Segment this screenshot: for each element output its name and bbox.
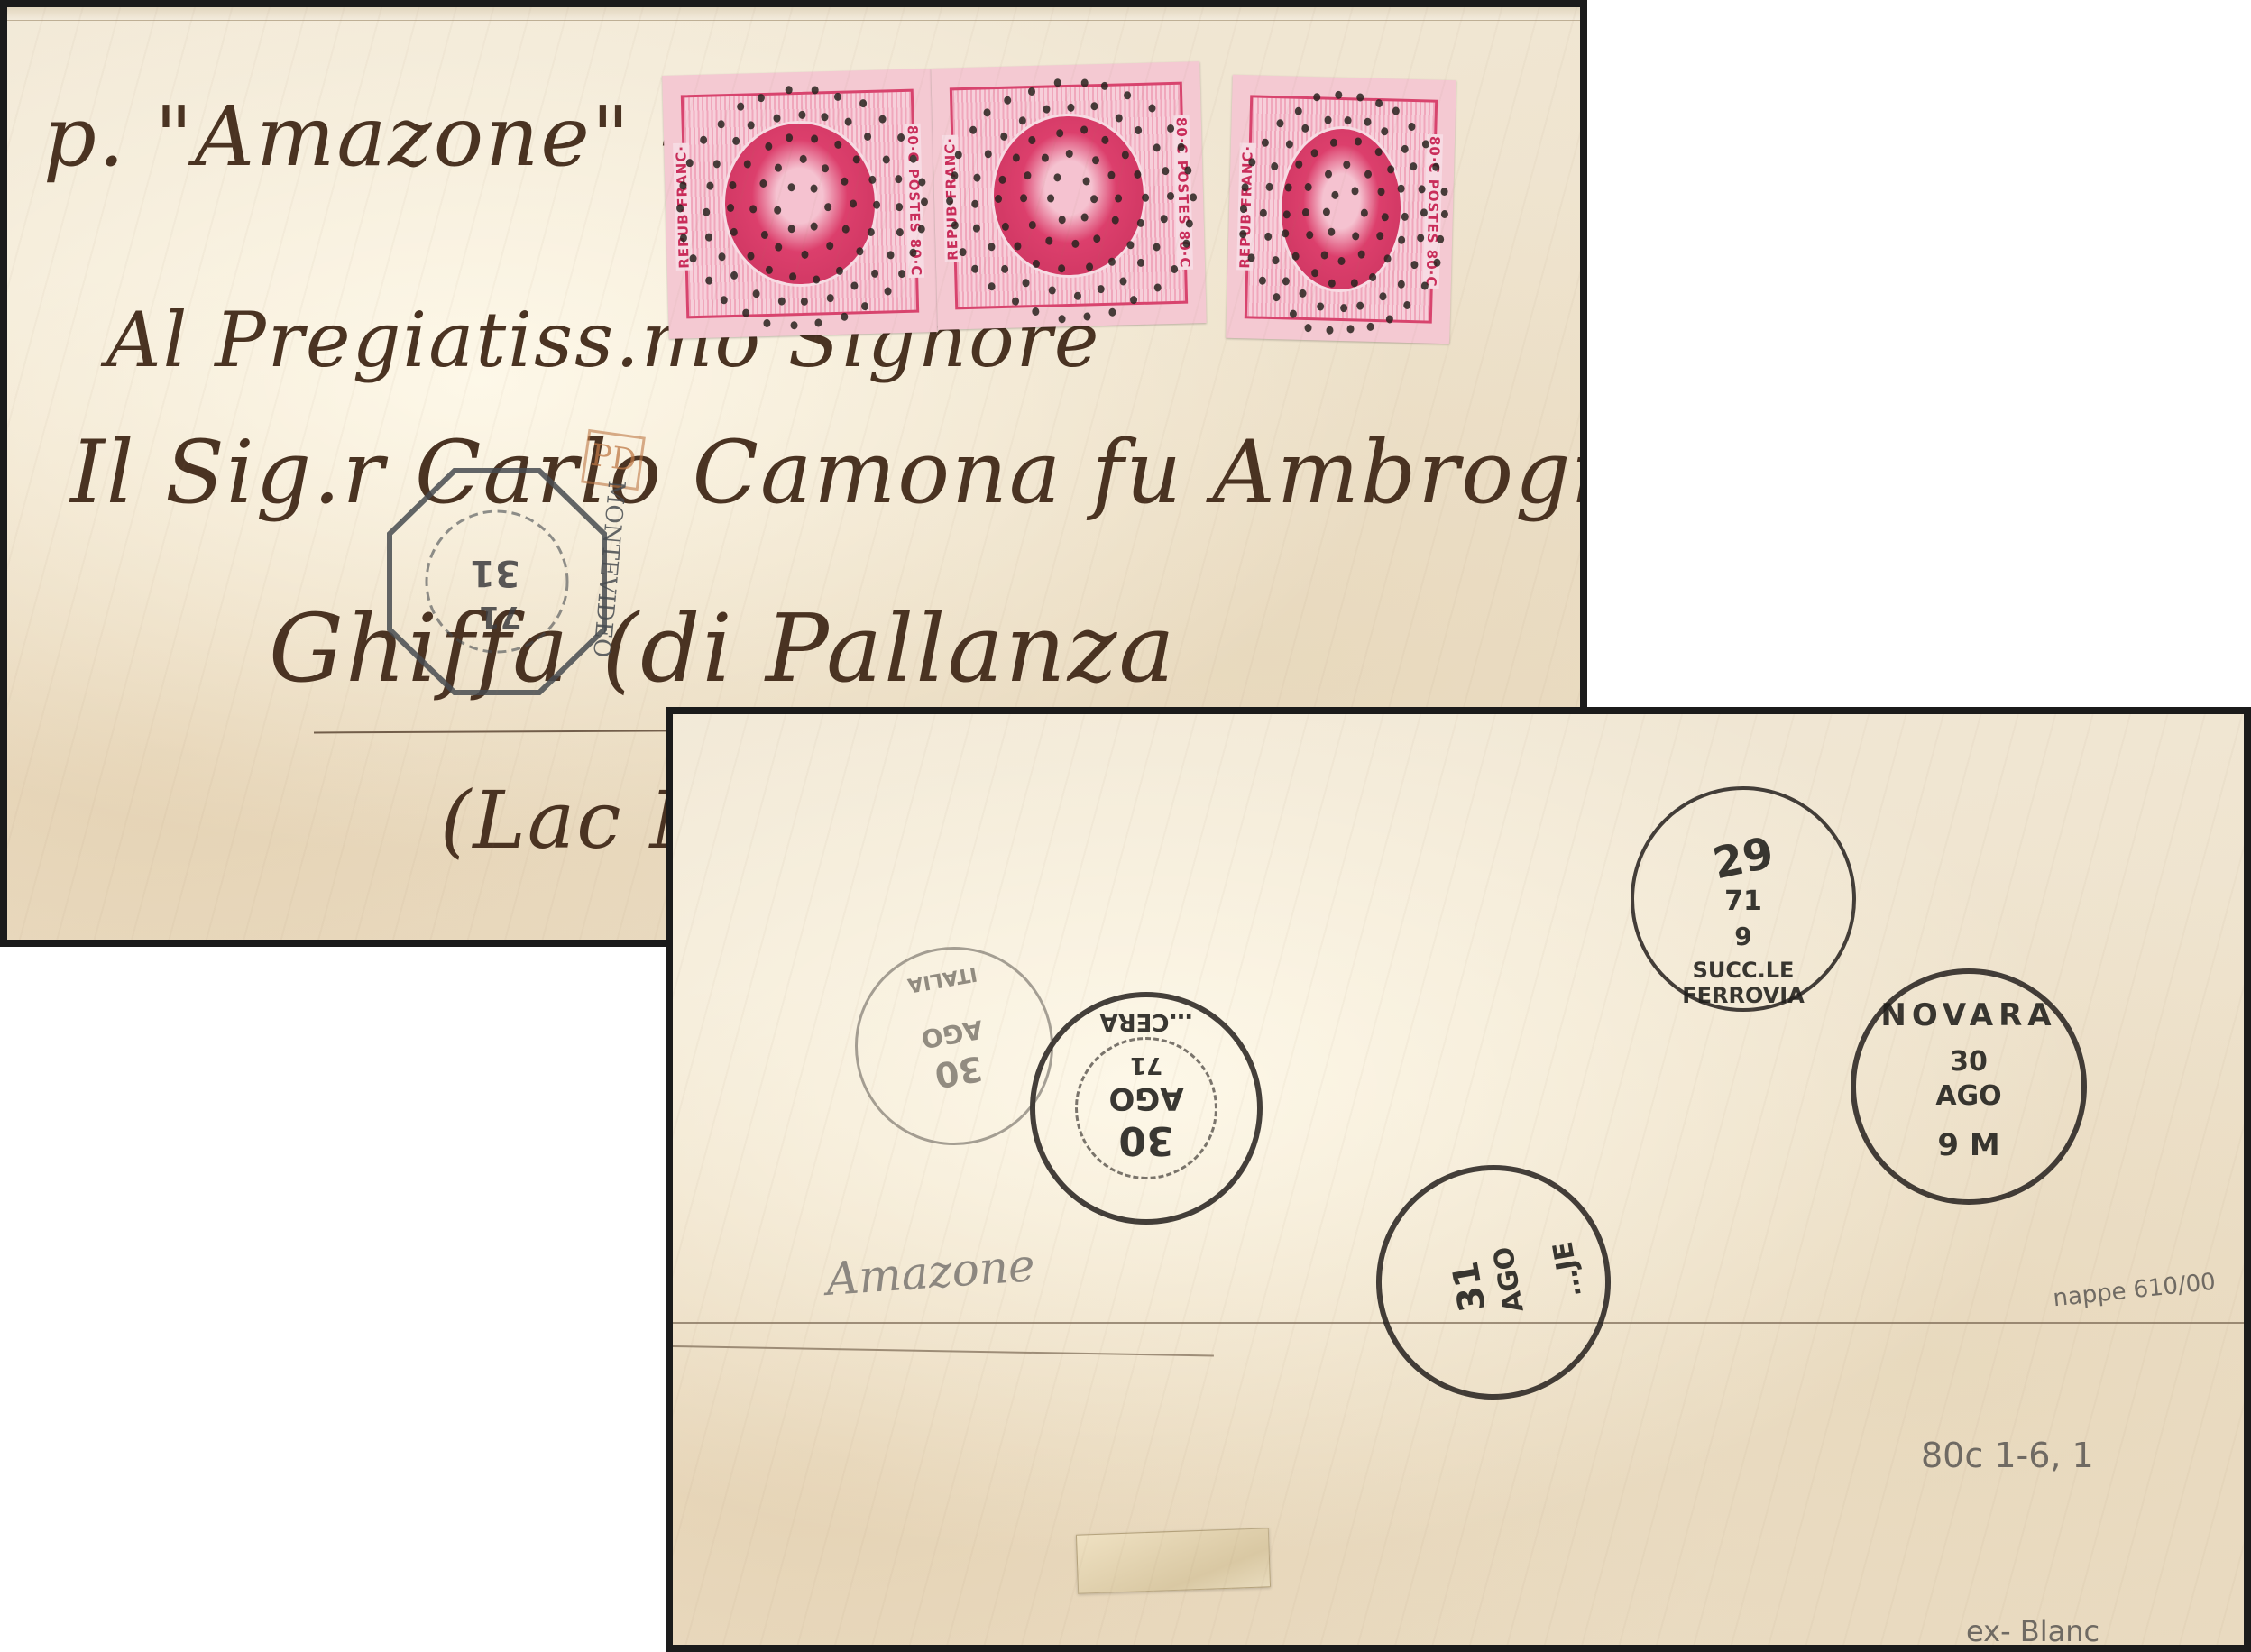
cover-back-paper: 29 71 9 SUCC.LE FERROVIA NOVARA 30 AGO 9… xyxy=(673,714,2244,1645)
top-fold-edge xyxy=(7,7,1580,21)
octagonal-postmark-year: 71 xyxy=(479,599,521,635)
postmark-ferrovia: 29 71 9 SUCC.LE FERROVIA xyxy=(1631,786,1856,1012)
pencil-note-provenance: ex- Blanc xyxy=(1966,1614,2099,1645)
cover-back: 29 71 9 SUCC.LE FERROVIA NOVARA 30 AGO 9… xyxy=(666,707,2251,1652)
stamp-pair-left: REPUB·FRANC· 80·C POSTES 80·C xyxy=(662,69,938,339)
stamp-single: REPUB·FRANC· 80·C POSTES 80·C xyxy=(1226,75,1456,344)
address-line-2: Il Sig.r Carlo Camona fu Ambrogio xyxy=(70,422,1580,523)
pencil-note-rate: 80c 1-6, 1 xyxy=(1921,1436,2094,1475)
routing-note: p. "Amazone" – xyxy=(43,88,703,185)
octagonal-postmark: MONTEVIDEO 31 71 xyxy=(384,465,610,698)
dot-cancel xyxy=(931,61,1206,330)
dot-cancel xyxy=(662,69,938,339)
octagonal-postmark-day: 31 xyxy=(470,552,520,593)
postmark-novara: NOVARA 30 AGO 9 M xyxy=(1851,968,2087,1205)
pencil-note-amazone: Amazone xyxy=(824,1239,1036,1306)
flap-edge-line xyxy=(673,1345,1214,1356)
postmark-partial: 31 AGO …JE xyxy=(1357,1146,1629,1418)
postmark-arona: 30 AGO 71 …CERA xyxy=(1030,992,1263,1225)
hinge-tape xyxy=(1076,1528,1271,1593)
dot-cancel xyxy=(1226,75,1456,344)
pencil-note-reference: nappe 610/00 xyxy=(2052,1269,2217,1313)
stamp-pair-right: REPUB·FRANC· 80·C POSTES 80·C xyxy=(931,61,1206,330)
